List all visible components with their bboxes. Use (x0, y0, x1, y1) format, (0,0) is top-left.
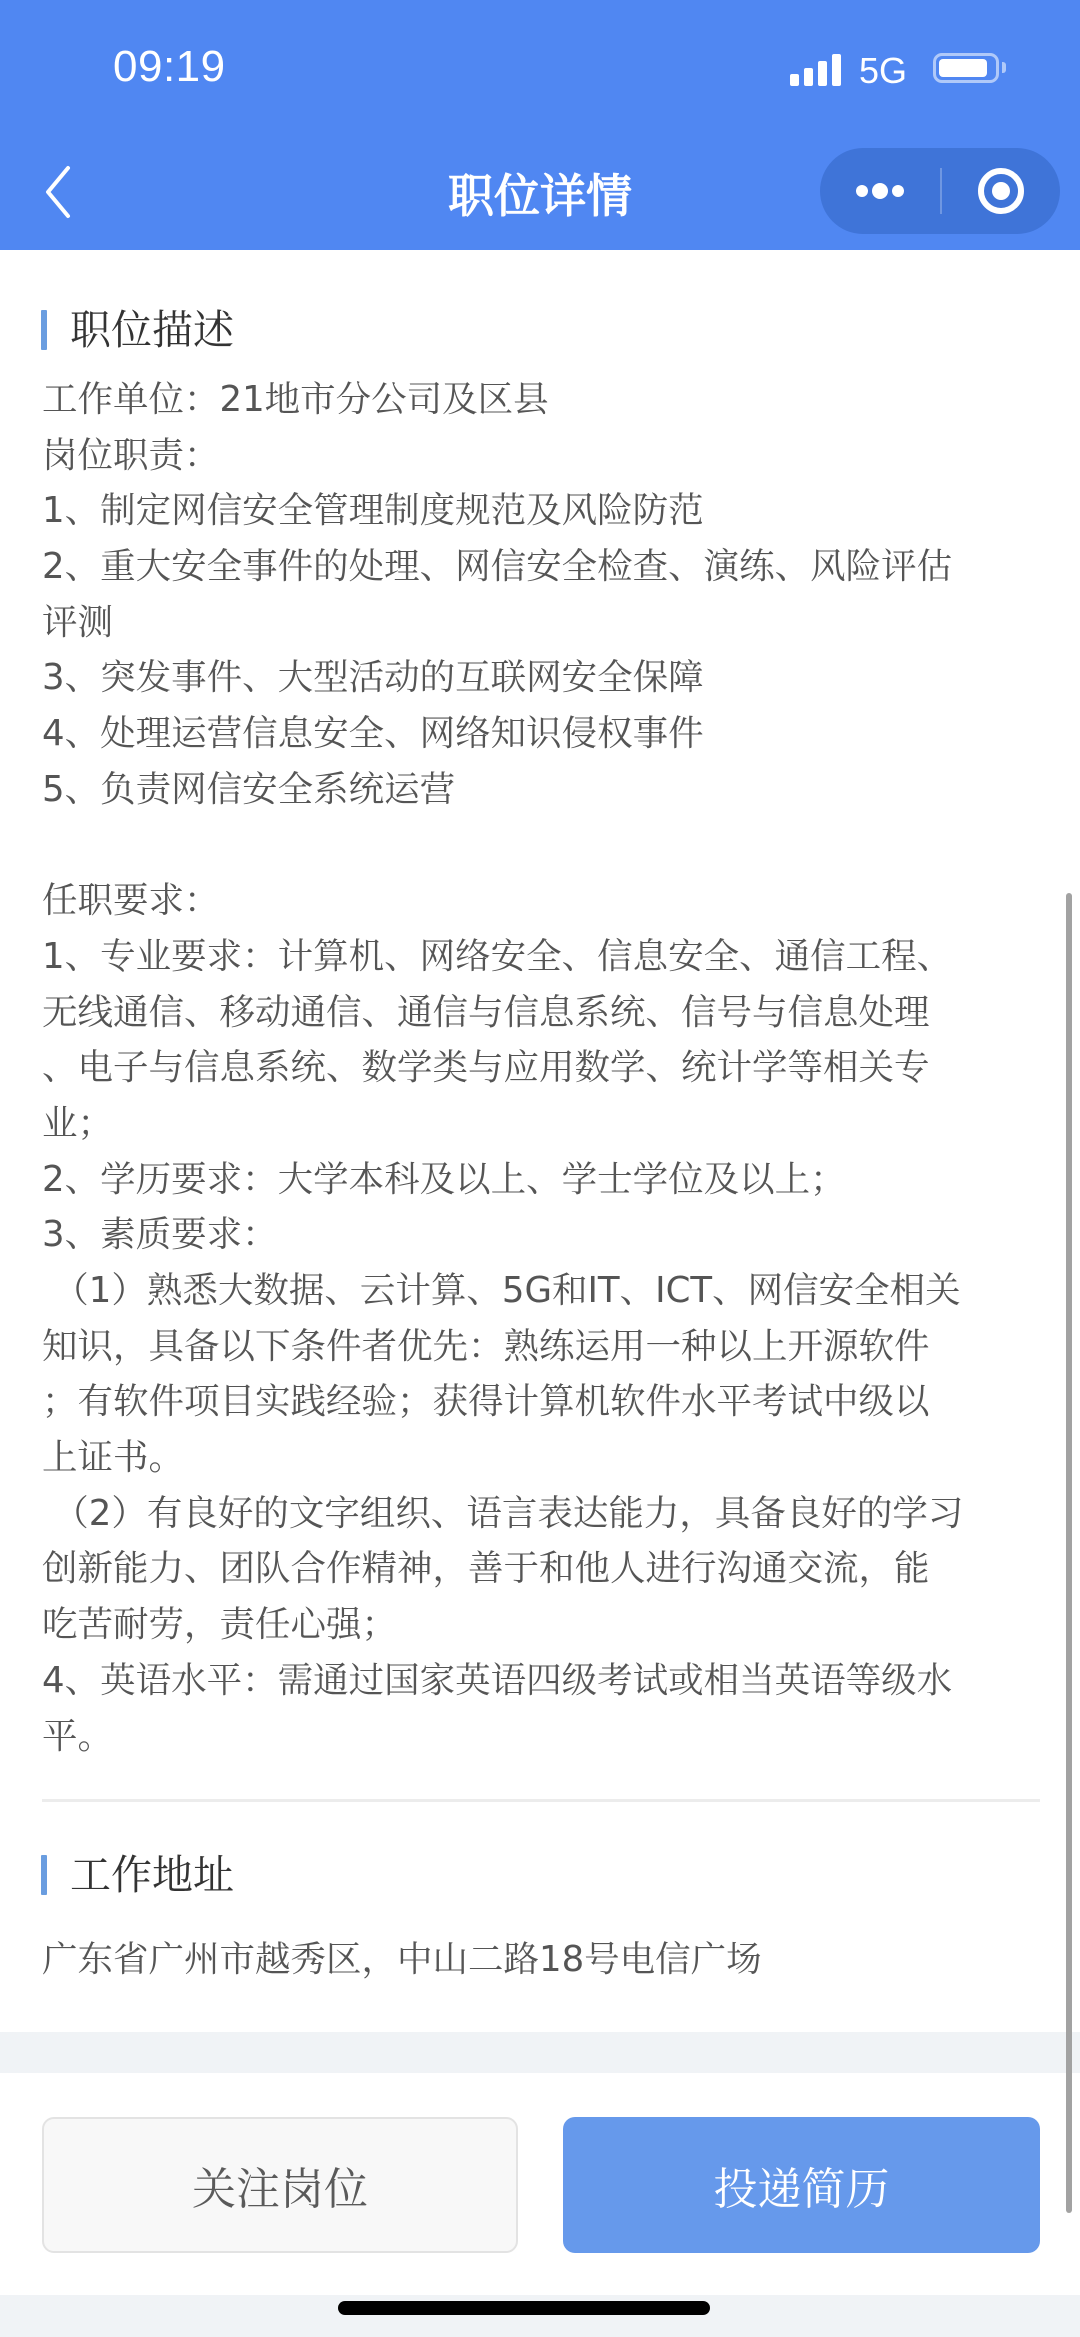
description-line: 评测 (42, 595, 1042, 651)
more-dot-right (892, 185, 904, 197)
mini-program-capsule (820, 148, 1060, 234)
description-line (42, 818, 1042, 874)
target-circle-core (992, 182, 1010, 200)
job-description-text: 工作单位：21地市分公司及区县 岗位职责： 1、制定网信安全管理制度规范及风险防… (42, 372, 1042, 1764)
signal-icon (790, 54, 846, 86)
job-detail-content: 职位描述 工作单位：21地市分公司及区县 岗位职责： 1、制定网信安全管理制度规… (0, 250, 1080, 2032)
section-title: 职位描述 (70, 308, 234, 352)
description-line: 平。 (42, 1709, 1042, 1765)
follow-job-button[interactable]: 关注岗位 (42, 2117, 518, 2253)
action-bar: 关注岗位 投递简历 (0, 2073, 1080, 2295)
description-line: 上证书。 (42, 1430, 1042, 1486)
description-line: 1、专业要求：计算机、网络安全、信息安全、通信工程、 (42, 929, 1042, 985)
description-line: 任职要求： (42, 873, 1042, 929)
description-line: 业； (42, 1096, 1042, 1152)
battery-tip (1002, 62, 1006, 73)
more-dot-center (872, 183, 888, 199)
description-line: 无线通信、移动通信、通信与信息系统、信号与信息处理 (42, 985, 1042, 1041)
battery-icon (933, 53, 999, 83)
description-line: 创新能力、团队合作精神，善于和他人进行沟通交流，能 (42, 1541, 1042, 1597)
description-line: 4、处理运营信息安全、网络知识侵权事件 (42, 706, 1042, 762)
section-title: 工作地址 (70, 1853, 234, 1897)
address-text: 广东省广州市越秀区，中山二路18号电信广场 (42, 1932, 1042, 1988)
section-marker (41, 310, 47, 350)
section-heading-description: 职位描述 (41, 308, 234, 352)
description-line: （2）有良好的文字组织、语言表达能力，具备良好的学习 (42, 1486, 1042, 1542)
description-line: 5、负责网信安全系统运营 (42, 762, 1042, 818)
submit-resume-button[interactable]: 投递简历 (563, 2117, 1040, 2253)
more-dots-icon (856, 185, 868, 197)
description-line: 岗位职责： (42, 428, 1042, 484)
description-line: 吃苦耐劳，责任心强； (42, 1597, 1042, 1653)
description-line: 、电子与信息系统、数学类与应用数学、统计学等相关专 (42, 1040, 1042, 1096)
description-line: 3、素质要求： (42, 1207, 1042, 1263)
section-divider (42, 1799, 1040, 1802)
content-spacer (0, 2032, 1080, 2073)
close-mini-program-button[interactable] (942, 148, 1060, 234)
status-time: 09:19 (113, 42, 226, 92)
work-address: 广东省广州市越秀区，中山二路18号电信广场 (42, 1932, 1042, 1988)
description-line: 工作单位：21地市分公司及区县 (42, 372, 1042, 428)
description-line: 2、重大安全事件的处理、网信安全检查、演练、风险评估 (42, 539, 1042, 595)
description-line: （1）熟悉大数据、云计算、5G和IT、ICT、网信安全相关 (42, 1263, 1042, 1319)
description-line: 3、突发事件、大型活动的互联网安全保障 (42, 650, 1042, 706)
header: 09:19 5G 职位详情 (0, 0, 1080, 250)
section-marker (41, 1855, 47, 1895)
description-line: ；有软件项目实践经验；获得计算机软件水平考试中级以 (42, 1374, 1042, 1430)
more-button[interactable] (820, 148, 940, 234)
description-line: 2、学历要求：大学本科及以上、学士学位及以上； (42, 1152, 1042, 1208)
scrollbar[interactable] (1066, 893, 1072, 2213)
description-line: 1、制定网信安全管理制度规范及风险防范 (42, 483, 1042, 539)
home-indicator[interactable] (338, 2301, 710, 2315)
description-line: 知识，具备以下条件者优先：熟练运用一种以上开源软件 (42, 1319, 1042, 1375)
section-heading-address: 工作地址 (41, 1853, 234, 1897)
description-line: 4、英语水平：需通过国家英语四级考试或相当英语等级水 (42, 1653, 1042, 1709)
network-type: 5G (859, 50, 907, 92)
